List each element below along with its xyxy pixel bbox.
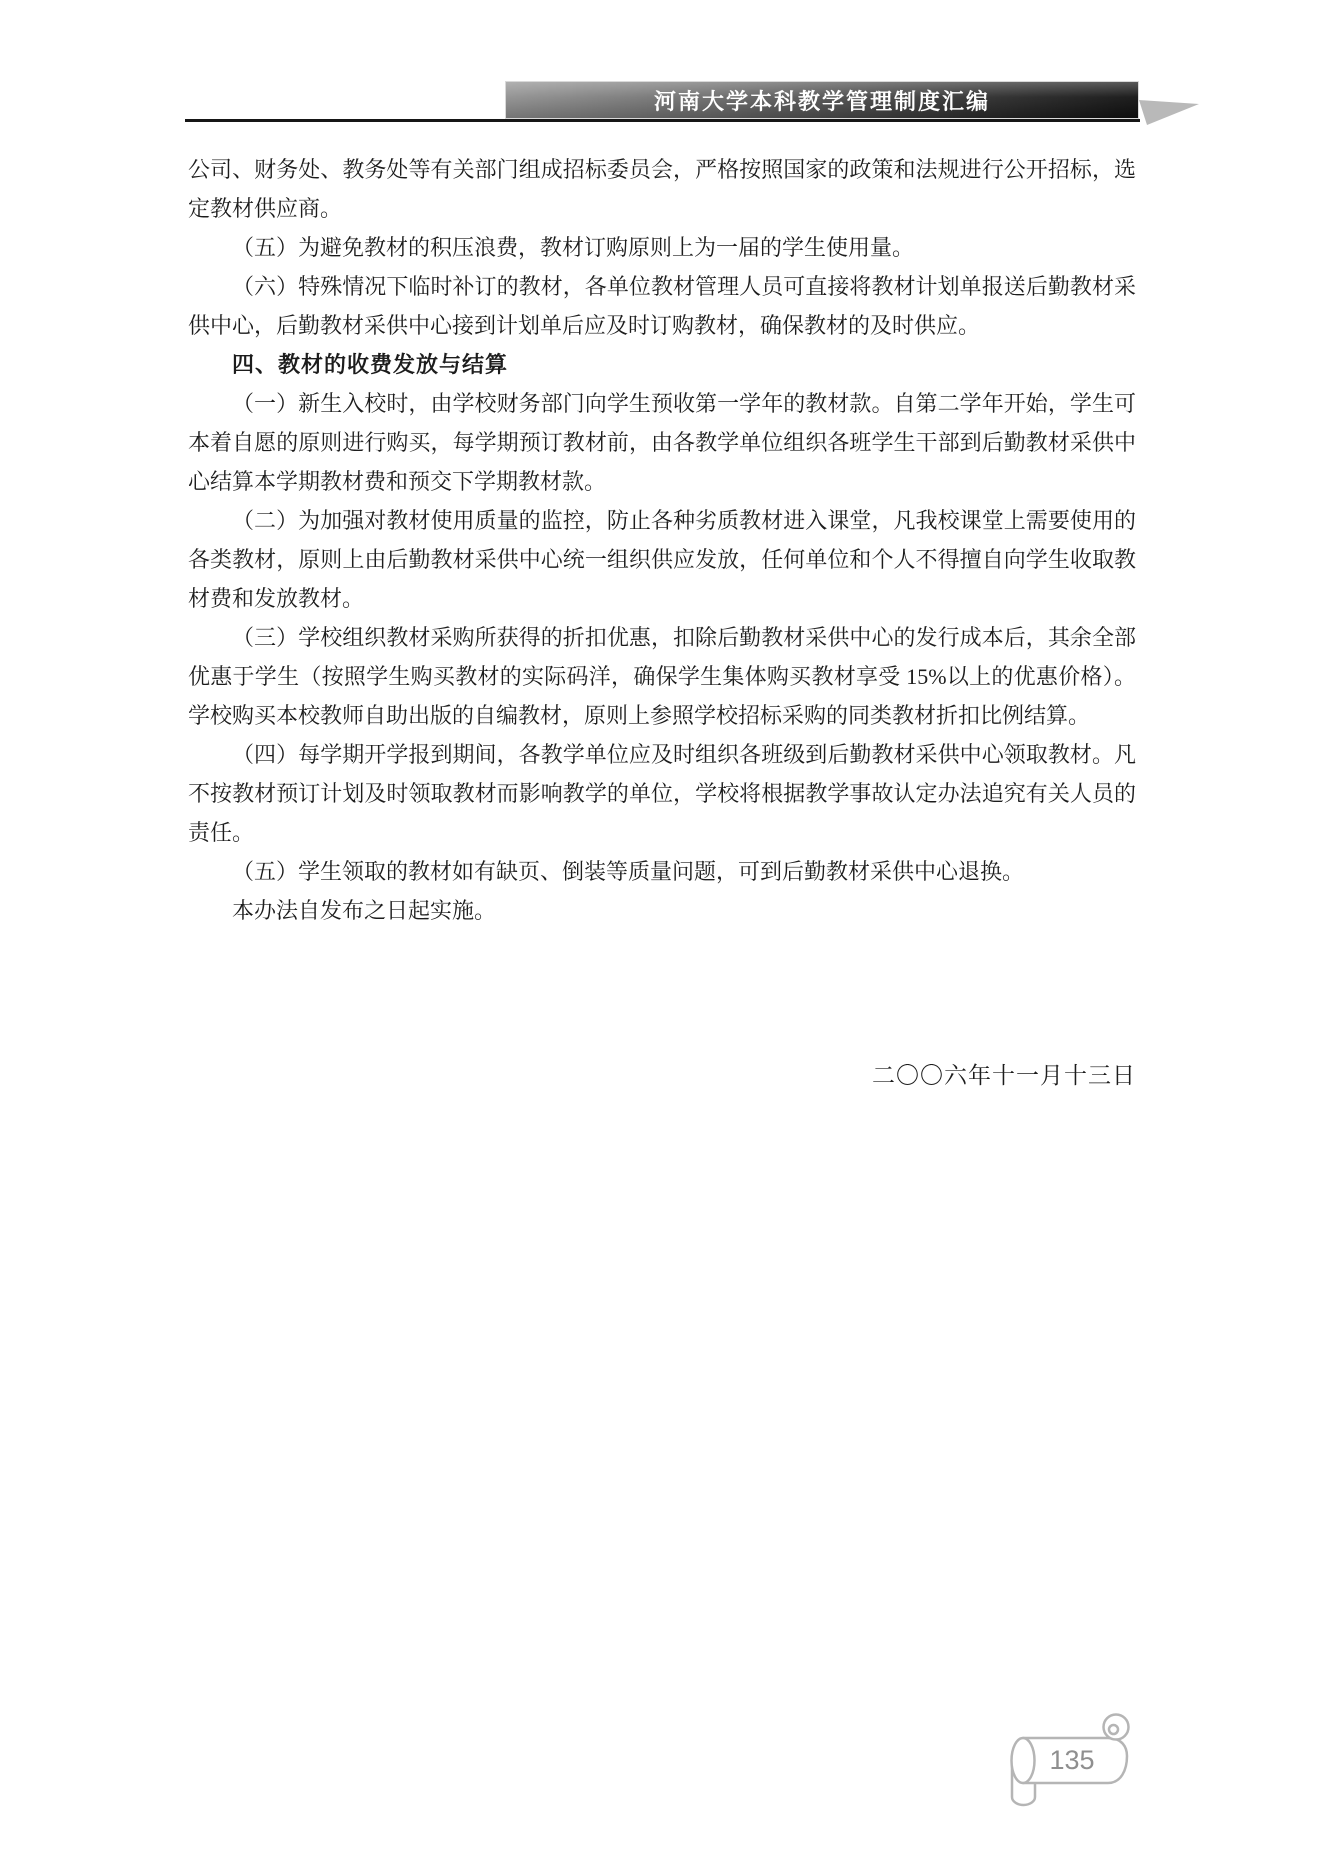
date-line: 二〇〇六年十一月十三日 — [188, 1056, 1136, 1095]
paragraph: （五）为避免教材的积压浪费，教材订购原则上为一届的学生使用量。 — [188, 228, 1136, 267]
document-body: 公司、财务处、教务处等有关部门组成招标委员会，严格按照国家的政策和法规进行公开招… — [188, 150, 1136, 930]
header-banner: 河南大学本科教学管理制度汇编 — [506, 82, 1138, 118]
page-number: 135 — [1049, 1745, 1094, 1775]
paragraph: （五）学生领取的教材如有缺页、倒装等质量问题，可到后勤教材采供中心退换。 — [188, 852, 1136, 891]
paragraph: （四）每学期开学报到期间，各教学单位应及时组织各班级到后勤教材采供中心领取教材。… — [188, 735, 1136, 852]
section-heading: 四、教材的收费发放与结算 — [188, 345, 1136, 384]
paragraph: （一）新生入校时，由学校财务部门向学生预收第一学年的教材款。自第二学年开始，学生… — [188, 384, 1136, 501]
paragraph: 本办法自发布之日起实施。 — [188, 891, 1136, 930]
document-page: 河南大学本科教学管理制度汇编 公司、财务处、教务处等有关部门组成招标委员会，严格… — [0, 0, 1323, 1871]
header-banner-title: 河南大学本科教学管理制度汇编 — [654, 85, 990, 116]
page-number-scroll-icon: 135 — [1000, 1712, 1140, 1814]
paragraph: 公司、财务处、教务处等有关部门组成招标委员会，严格按照国家的政策和法规进行公开招… — [188, 150, 1136, 228]
page-turn-arrow-icon — [1139, 99, 1201, 126]
paragraph: （二）为加强对教材使用质量的监控，防止各种劣质教材进入课堂，凡我校课堂上需要使用… — [188, 501, 1136, 618]
paragraph: （三）学校组织教材采购所获得的折扣优惠，扣除后勤教材采供中心的发行成本后，其余全… — [188, 618, 1136, 735]
header-rule — [185, 119, 1140, 122]
paragraph: （六）特殊情况下临时补订的教材，各单位教材管理人员可直接将教材计划单报送后勤教材… — [188, 267, 1136, 345]
